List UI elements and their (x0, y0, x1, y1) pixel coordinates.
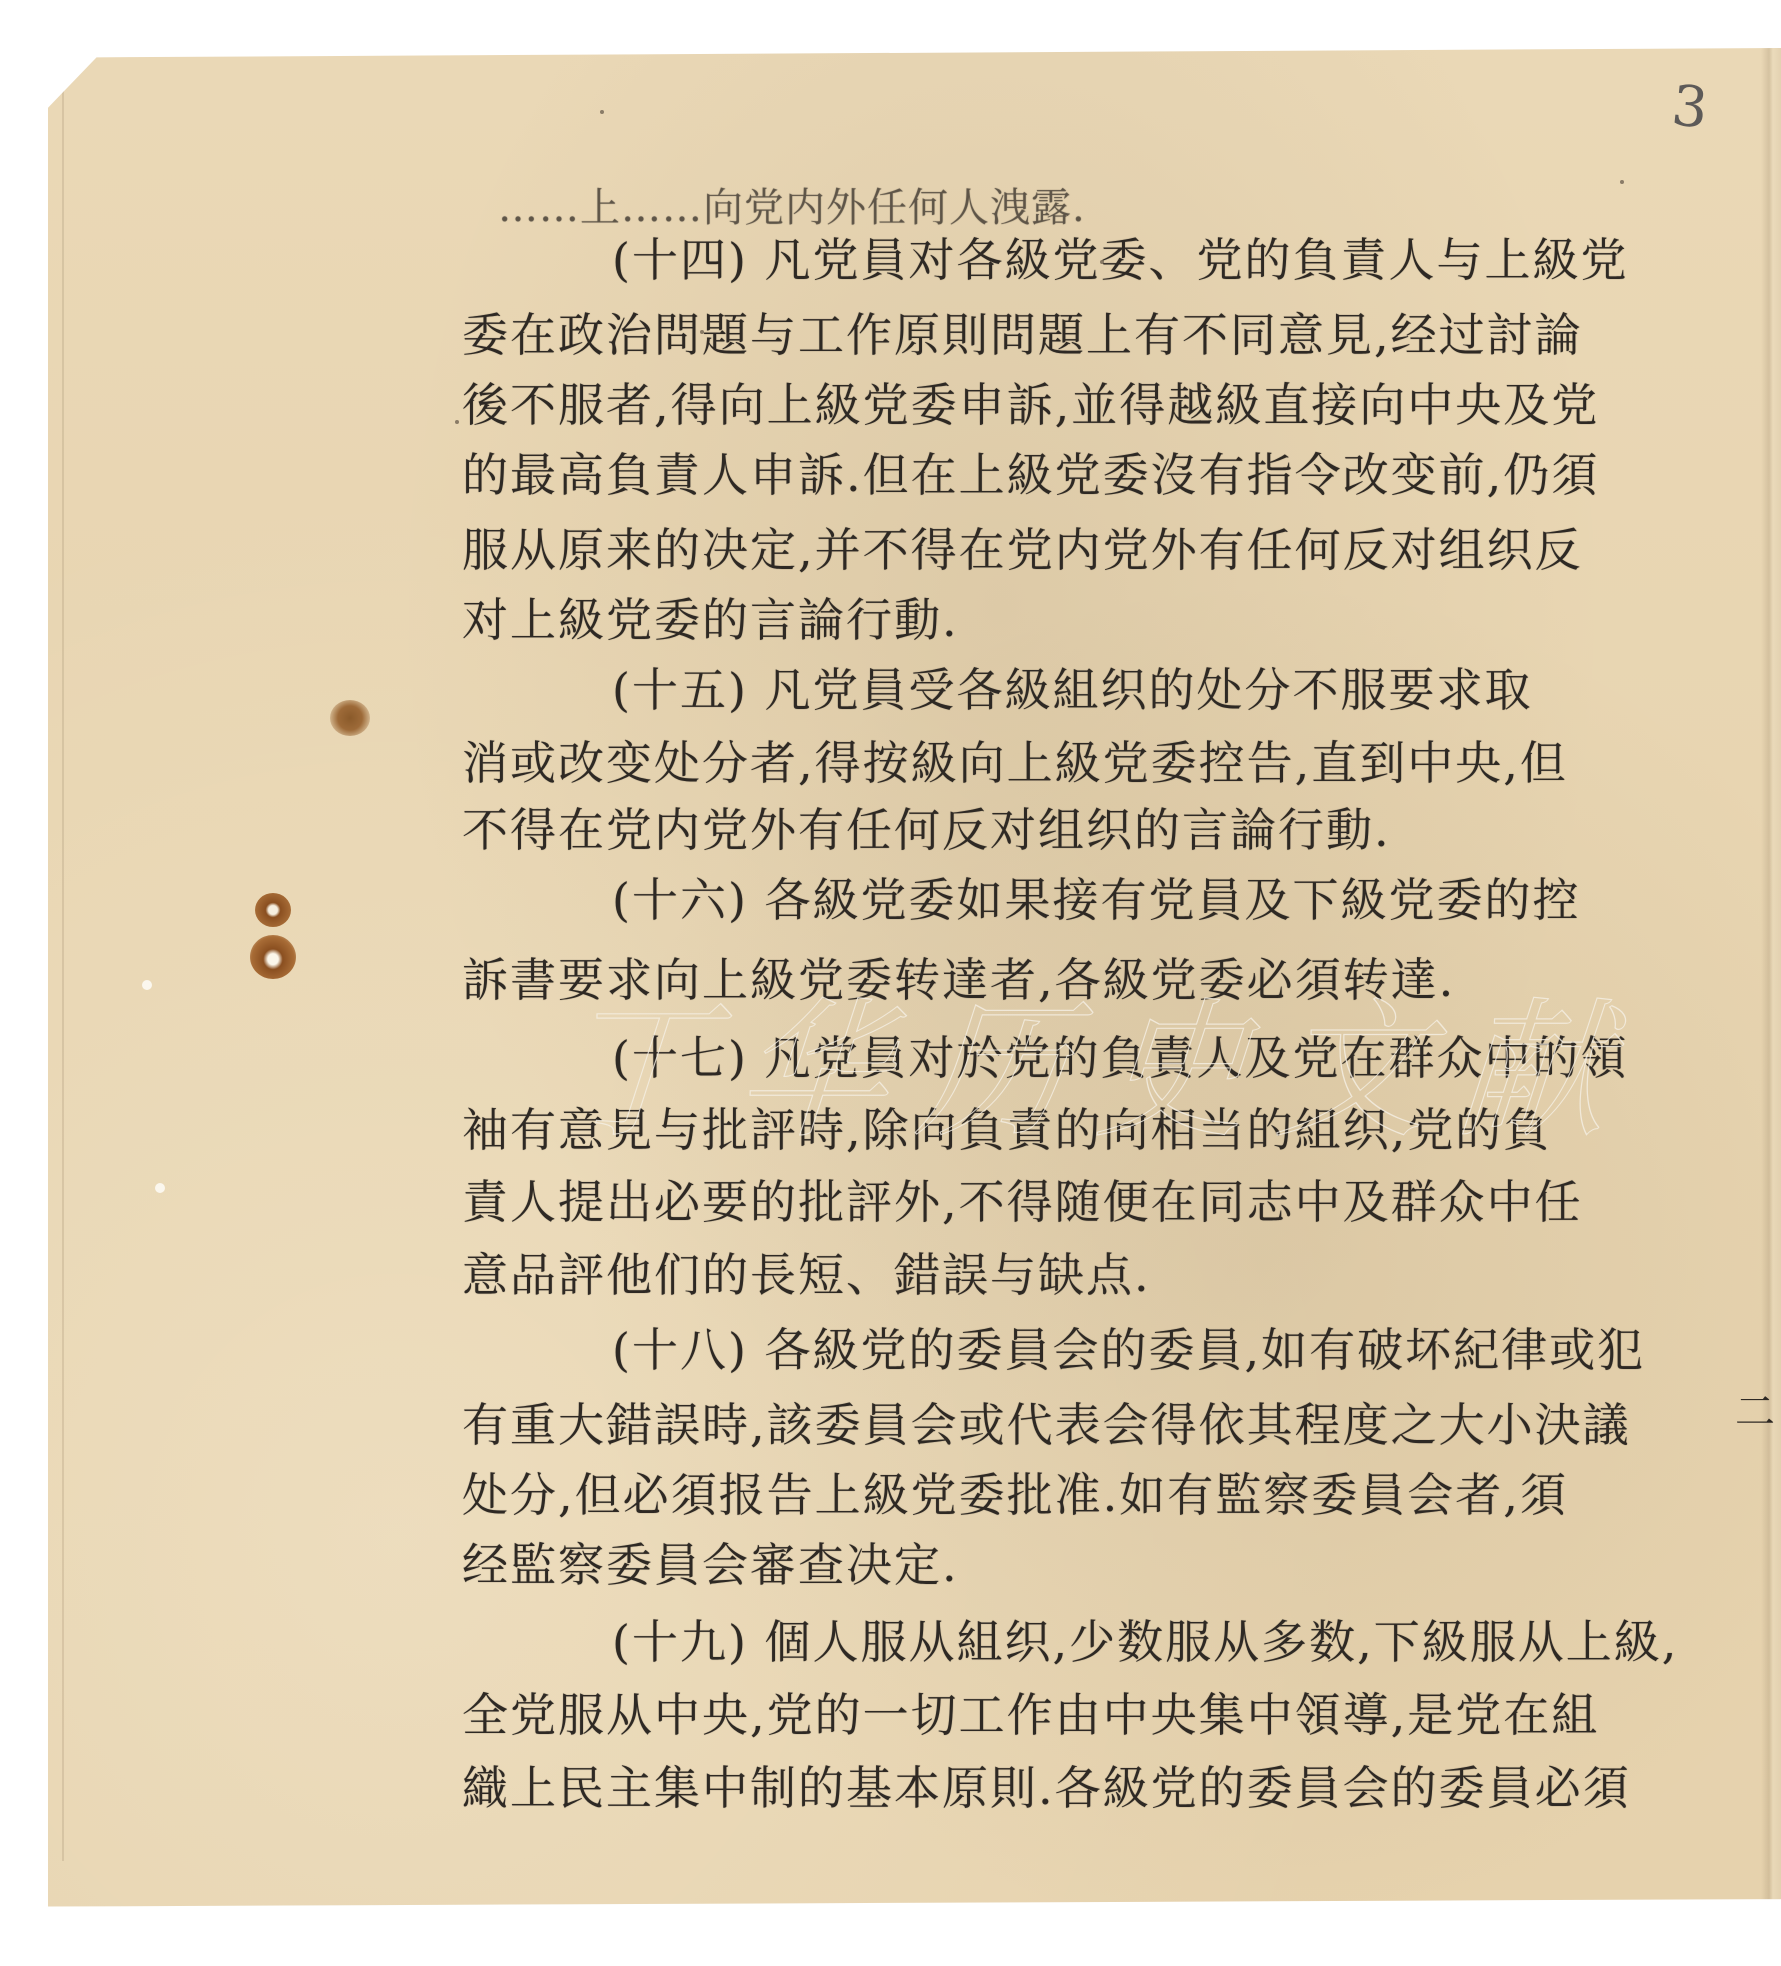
text-line: 責人提出必要的批評外,不得随便在同志中及群众中任 (462, 1172, 1677, 1232)
text-line-article-15: (十五) 凡党員受各級組织的处分不服要求取 (462, 660, 1677, 720)
text-line: 袖有意見与批評時,除向負責的向相当的組织,党的負 (462, 1100, 1677, 1160)
text-line: 的最高負責人申訴.但在上級党委沒有指令改变前,仍須 (462, 445, 1677, 505)
text-line: 不得在党内党外有任何反对组织的言論行動. (462, 800, 1677, 860)
text-line: 全党服从中央,党的一切工作由中央集中領導,是党在組 (462, 1685, 1677, 1745)
handwritten-body: ……上……向党内外任何人洩露. (十四) 凡党員对各級党委、党的負責人与上級党 … (0, 0, 1781, 1966)
text-line-article-18: (十八) 各級党的委員会的委員,如有破坏紀律或犯 (462, 1320, 1677, 1380)
text-line: 消或改变处分者,得按級向上級党委控告,直到中央,但 (462, 733, 1677, 793)
text-line: 服从原来的决定,并不得在党内党外有任何反对组织反 (462, 520, 1677, 580)
text-line: 处分,但必須报告上級党委批准.如有監察委員会者,須 (462, 1465, 1677, 1525)
text-line: 織上民主集中制的基本原則.各級党的委員会的委員必須 (462, 1758, 1677, 1818)
text-line-article-19: (十九) 個人服从組织,少数服从多数,下級服从上級, (462, 1612, 1677, 1672)
text-line-article-14: (十四) 凡党員对各級党委、党的負責人与上級党 (462, 230, 1677, 290)
text-line: 訴書要求向上級党委转達者,各級党委必須转達. (462, 950, 1677, 1010)
text-line: 经監察委員会審查决定. (462, 1535, 1677, 1595)
text-line: 委在政治問題与工作原則問題上有不同意見,经过討論 (462, 305, 1677, 365)
text-line: 有重大錯誤時,該委員会或代表会得依其程度之大小決議 (462, 1395, 1677, 1455)
text-line-continuation: ……上……向党内外任何人洩露. (498, 178, 1713, 238)
text-line: 意品評他们的長短、錯誤与缺点. (462, 1245, 1677, 1305)
text-line: 後不服者,得向上級党委申訴,並得越級直接向中央及党 (462, 375, 1677, 435)
text-line-article-16: (十六) 各級党委如果接有党員及下級党委的控 (462, 870, 1677, 930)
text-line: 对上級党委的言論行動. (462, 590, 1677, 650)
text-line-article-17: (十七) 凡党員对於党的負責人及党在群众中的領 (462, 1028, 1677, 1088)
